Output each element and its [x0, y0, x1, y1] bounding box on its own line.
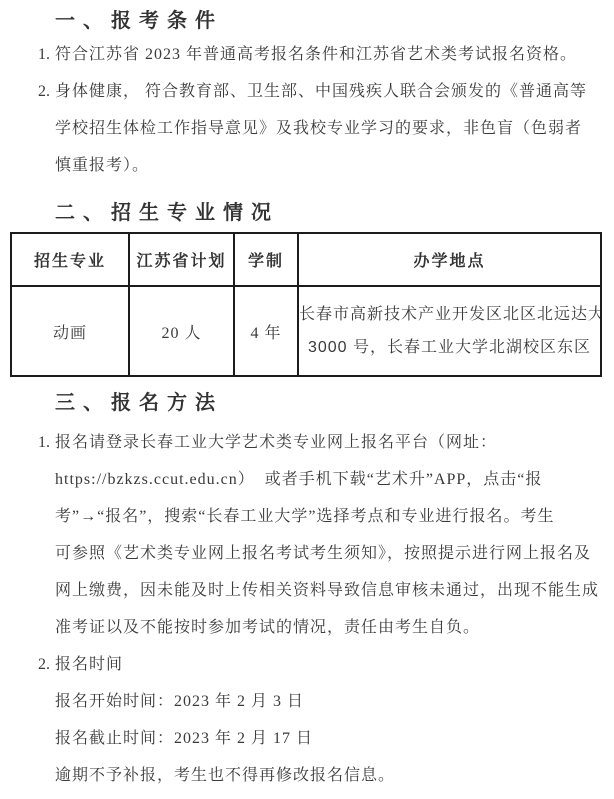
- text-line: 学校招生体检工作指导意见》及我校专业学习的要求，非色盲（色弱者: [55, 110, 614, 147]
- text-line: 2.报名时间: [55, 646, 614, 683]
- table-row: 动画 20 人 4 年 长春市高新技术产业开发区北区北远达大街 3000 号，长…: [11, 286, 601, 376]
- text-line: 考”→“报名”，搜索“长春工业大学”选择考点和专业进行报名。考生: [55, 498, 614, 535]
- text-line: 1.符合江苏省 2023 年普通高考报名条件和江苏省艺术类考试报名资格。: [55, 36, 614, 73]
- line-text: 报名时间: [55, 656, 123, 673]
- section-application-conditions: 一、报考条件 1.符合江苏省 2023 年普通高考报名条件和江苏省艺术类考试报名…: [0, 8, 614, 184]
- section1-heading: 一、报考条件: [55, 8, 614, 34]
- line-text: 报名请登录长春工业大学艺术类专业网上报名平台（网址：: [55, 434, 497, 451]
- text-line: 慎重报考）。: [55, 147, 614, 184]
- line-text: 逾期不予补报，考生也不得再修改报名信息。: [55, 767, 395, 784]
- cell-plan: 20 人: [129, 286, 234, 376]
- cell-location: 长春市高新技术产业开发区北区北远达大街 3000 号，长春工业大学北湖校区东区: [298, 286, 601, 376]
- line-text: 学校招生体检工作指导意见》及我校专业学习的要求，非色盲（色弱者: [55, 120, 582, 137]
- list-number: 1.: [38, 36, 50, 73]
- section-registration-method: 三、报名方法 1.报名请登录长春工业大学艺术类专业网上报名平台（网址： http…: [0, 390, 614, 794]
- line-text: https://bzkzs.ccut.edu.cn） 或者手机下载“艺术升”AP…: [55, 471, 542, 488]
- admissions-document: 一、报考条件 1.符合江苏省 2023 年普通高考报名条件和江苏省艺术类考试报名…: [0, 0, 614, 794]
- section-enrollment-majors: 二、招生专业情况 招生专业 江苏省计划 学制 办学地点 动画 20 人 4 年: [0, 200, 614, 377]
- line-text: 网上缴费，因未能及时上传相关资料导致信息审核未通过，出现不能生成: [55, 582, 599, 599]
- section1-body: 1.符合江苏省 2023 年普通高考报名条件和江苏省艺术类考试报名资格。 2.身…: [0, 36, 614, 184]
- text-line: https://bzkzs.ccut.edu.cn） 或者手机下载“艺术升”AP…: [55, 461, 614, 498]
- text-line: 1.报名请登录长春工业大学艺术类专业网上报名平台（网址：: [55, 424, 614, 461]
- text-line: 2.身体健康， 符合教育部、卫生部、中国残疾人联合会颁发的《普通高等: [55, 73, 614, 110]
- line-text: 报名截止时间：2023 年 2 月 17 日: [55, 730, 313, 747]
- text-line: 可参照《艺术类专业网上报名考试考生须知》，按照提示进行网上报名及: [55, 535, 614, 572]
- text-line: 报名截止时间：2023 年 2 月 17 日: [55, 720, 614, 757]
- text-line: 报名开始时间：2023 年 2 月 3 日: [55, 683, 614, 720]
- text-line: 逾期不予补报，考生也不得再修改报名信息。: [55, 757, 614, 794]
- list-number: 1.: [38, 424, 50, 461]
- col-header-plan: 江苏省计划: [129, 233, 234, 286]
- cell-major: 动画: [11, 286, 129, 376]
- majors-table: 招生专业 江苏省计划 学制 办学地点 动画 20 人 4 年 长春市高新技术产业…: [10, 232, 602, 377]
- list-number: 2.: [38, 73, 50, 110]
- list-number: 2.: [38, 646, 50, 683]
- location-line-1: 长春市高新技术产业开发区北区北远达大街: [299, 298, 600, 331]
- line-text: 慎重报考）。: [55, 157, 149, 174]
- line-text: 可参照《艺术类专业网上报名考试考生须知》，按照提示进行网上报名及: [55, 545, 591, 562]
- col-header-location: 办学地点: [298, 233, 601, 286]
- section3-body: 1.报名请登录长春工业大学艺术类专业网上报名平台（网址： https://bzk…: [0, 424, 614, 794]
- line-text: 报名开始时间：2023 年 2 月 3 日: [55, 693, 304, 710]
- line-text: 考”→“报名”，搜索“长春工业大学”选择考点和专业进行报名。考生: [55, 508, 555, 525]
- text-line: 准考证以及不能按时参加考试的情况，责任由考生自负。: [55, 609, 614, 646]
- section3-heading: 三、报名方法: [55, 390, 614, 416]
- line-text: 符合江苏省 2023 年普通高考报名条件和江苏省艺术类考试报名资格。: [55, 46, 577, 63]
- cell-duration: 4 年: [234, 286, 298, 376]
- location-line-2: 3000 号，长春工业大学北湖校区东区: [299, 331, 600, 364]
- col-header-duration: 学制: [234, 233, 298, 286]
- line-text: 准考证以及不能按时参加考试的情况，责任由考生自负。: [55, 619, 480, 636]
- section2-heading: 二、招生专业情况: [55, 200, 614, 226]
- text-line: 网上缴费，因未能及时上传相关资料导致信息审核未通过，出现不能生成: [55, 572, 614, 609]
- col-header-major: 招生专业: [11, 233, 129, 286]
- table-header-row: 招生专业 江苏省计划 学制 办学地点: [11, 233, 601, 286]
- line-text: 身体健康， 符合教育部、卫生部、中国残疾人联合会颁发的《普通高等: [55, 83, 587, 100]
